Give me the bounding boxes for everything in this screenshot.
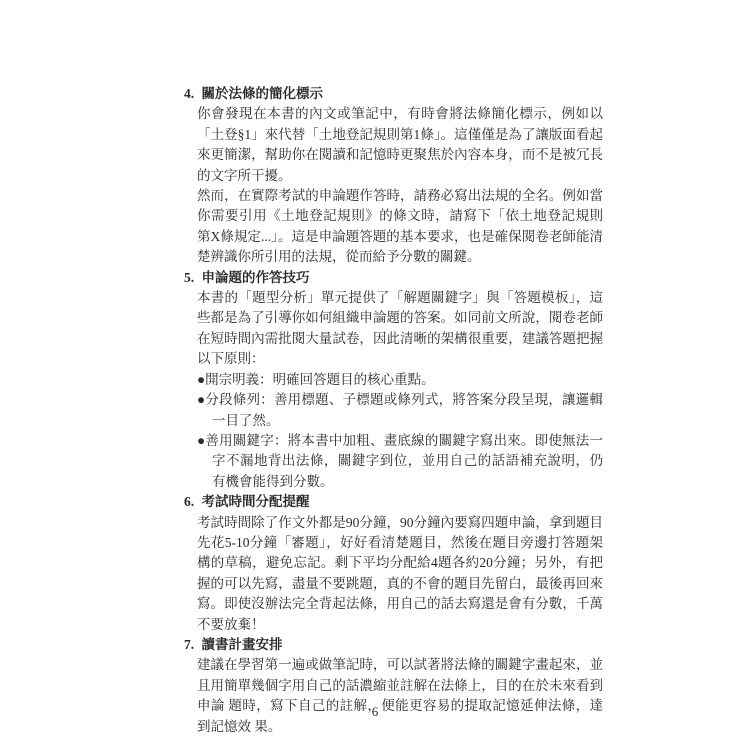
section-title: 讀書計畫安排 [202,635,283,655]
bullet-item: ●開宗明義：明確回答題目的核心重點。 [184,370,603,390]
bullet-item: ●善用關鍵字：將本書中加粗、畫底線的關鍵字寫出來。即使無法一字不漏地背出法條，關… [184,431,603,492]
bullet-list: ●開宗明義：明確回答題目的核心重點。 ●分段條列：善用標題、子標題或條列式，將答… [184,370,603,492]
section-heading: 4. 關於法條的簡化標示 [184,84,603,104]
section-7: 7. 讀書計畫安排 建議在學習第一遍或做筆記時，可以試著將法條的關鍵字畫起來，並… [184,635,603,737]
bullet-item: ●分段條列：善用標題、子標題或條列式，將答案分段呈現，讓邏輯一目了然。 [184,390,603,431]
section-heading: 6. 考試時間分配提醒 [184,492,603,512]
paragraph: 你會發現在本書的內文或筆記中，有時會將法條簡化標示，例如以「土登§1」來代替「土… [184,104,603,186]
section-number: 4. [184,84,194,104]
section-4: 4. 關於法條的簡化標示 你會發現在本書的內文或筆記中，有時會將法條簡化標示，例… [184,84,603,268]
section-6: 6. 考試時間分配提醒 考試時間除了作文外都是90分鐘，90分鐘內要寫四題申論，… [184,492,603,635]
paragraph: 然而，在實際考試的申論題作答時，請務必寫出法規的全名。例如當你需要引用《土地登記… [184,186,603,268]
section-number: 5. [184,268,194,288]
paragraph: 考試時間除了作文外都是90分鐘，90分鐘內要寫四題申論，拿到題目先花5-10分鐘… [184,513,603,635]
section-number: 7. [184,635,194,655]
section-heading: 5. 申論題的作答技巧 [184,268,603,288]
section-5: 5. 申論題的作答技巧 本書的「題型分析」單元提供了「解題關鍵字」與「答題模板」… [184,268,603,492]
text-column: 4. 關於法條的簡化標示 你會發現在本書的內文或筆記中，有時會將法條簡化標示，例… [184,84,603,737]
page-number: 6 [0,704,750,720]
section-title: 關於法條的簡化標示 [202,84,324,104]
section-title: 申論題的作答技巧 [202,268,310,288]
section-title: 考試時間分配提醒 [202,492,310,512]
section-heading: 7. 讀書計畫安排 [184,635,603,655]
paragraph: 建議在學習第一遍或做筆記時，可以試著將法條的關鍵字畫起來，並且用簡單幾個字用自己… [184,655,603,737]
book-page: 4. 關於法條的簡化標示 你會發現在本書的內文或筆記中，有時會將法條簡化標示，例… [0,0,750,750]
section-number: 6. [184,492,194,512]
paragraph: 本書的「題型分析」單元提供了「解題關鍵字」與「答題模板」，這些都是為了引導你如何… [184,288,603,370]
